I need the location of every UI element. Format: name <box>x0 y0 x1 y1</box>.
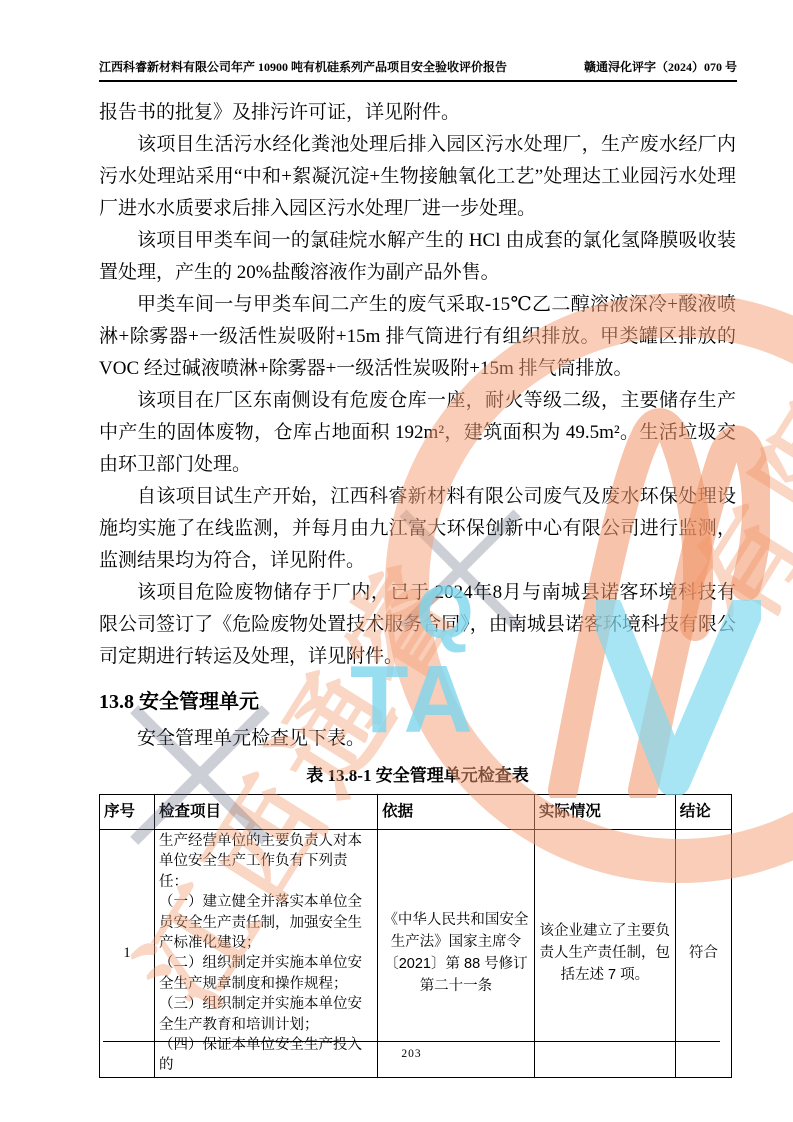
column-header-item: 检查项目 <box>154 795 377 830</box>
page-number: 203 <box>103 1048 720 1060</box>
paragraph: 甲类车间一与甲类车间二产生的废气采取-15℃乙二醇溶液深冷+酸液喷淋+除雾器+一… <box>99 289 736 385</box>
section-heading: 13.8 安全管理单元 <box>99 687 736 717</box>
document-body: 报告书的批复》及排污许可证，详见附件。 该项目生活污水经化粪池处理后排入园区污水… <box>99 97 736 1078</box>
page-header: 江西科睿新材料有限公司年产 10900 吨有机硅系列产品项目安全验收评价报告 赣… <box>99 58 737 82</box>
paragraph: 该项目在厂区东南侧设有危废仓库一座，耐火等级二级，主要储存生产中产生的固体废物，… <box>99 385 736 481</box>
column-header-actual: 实际情况 <box>534 795 675 830</box>
checklist-table: 序号 检查项目 依据 实际情况 结论 1 生产经营单位的主要负责人对本单位安全生… <box>99 794 732 1078</box>
paragraph: 该项目生活污水经化粪池处理后排入园区污水处理厂，生产废水经厂内污水处理站采用“中… <box>99 129 736 225</box>
document-page: 江西科睿新材料有限公司年产 10900 吨有机硅系列产品项目安全验收评价报告 赣… <box>0 0 793 1122</box>
table-header-row: 序号 检查项目 依据 实际情况 结论 <box>100 795 732 830</box>
header-title: 江西科睿新材料有限公司年产 10900 吨有机硅系列产品项目安全验收评价报告 <box>99 58 507 75</box>
paragraph: 报告书的批复》及排污许可证，详见附件。 <box>99 97 736 129</box>
paragraph: 该项目甲类车间一的氯硅烷水解产生的 HCl 由成套的氯化氢降膜吸收装置处理，产生… <box>99 225 736 289</box>
footer-divider <box>103 1041 720 1042</box>
paragraph: 该项目危险废物储存于厂内，已于 2024年8月与南城县诺客环境科技有限公司签订了… <box>99 577 736 673</box>
header-doc-number: 赣通浔化评字（2024）070 号 <box>584 58 737 75</box>
column-header-basis: 依据 <box>378 795 535 830</box>
table-title: 表 13.8-1 安全管理单元检查表 <box>99 763 736 789</box>
table-intro: 安全管理单元检查见下表。 <box>99 723 736 755</box>
column-header-conclusion: 结论 <box>675 795 731 830</box>
column-header-seq: 序号 <box>100 795 155 830</box>
paragraph: 自该项目试生产开始，江西科睿新材料有限公司废气及废水环保处理设施均实施了在线监测… <box>99 481 736 577</box>
